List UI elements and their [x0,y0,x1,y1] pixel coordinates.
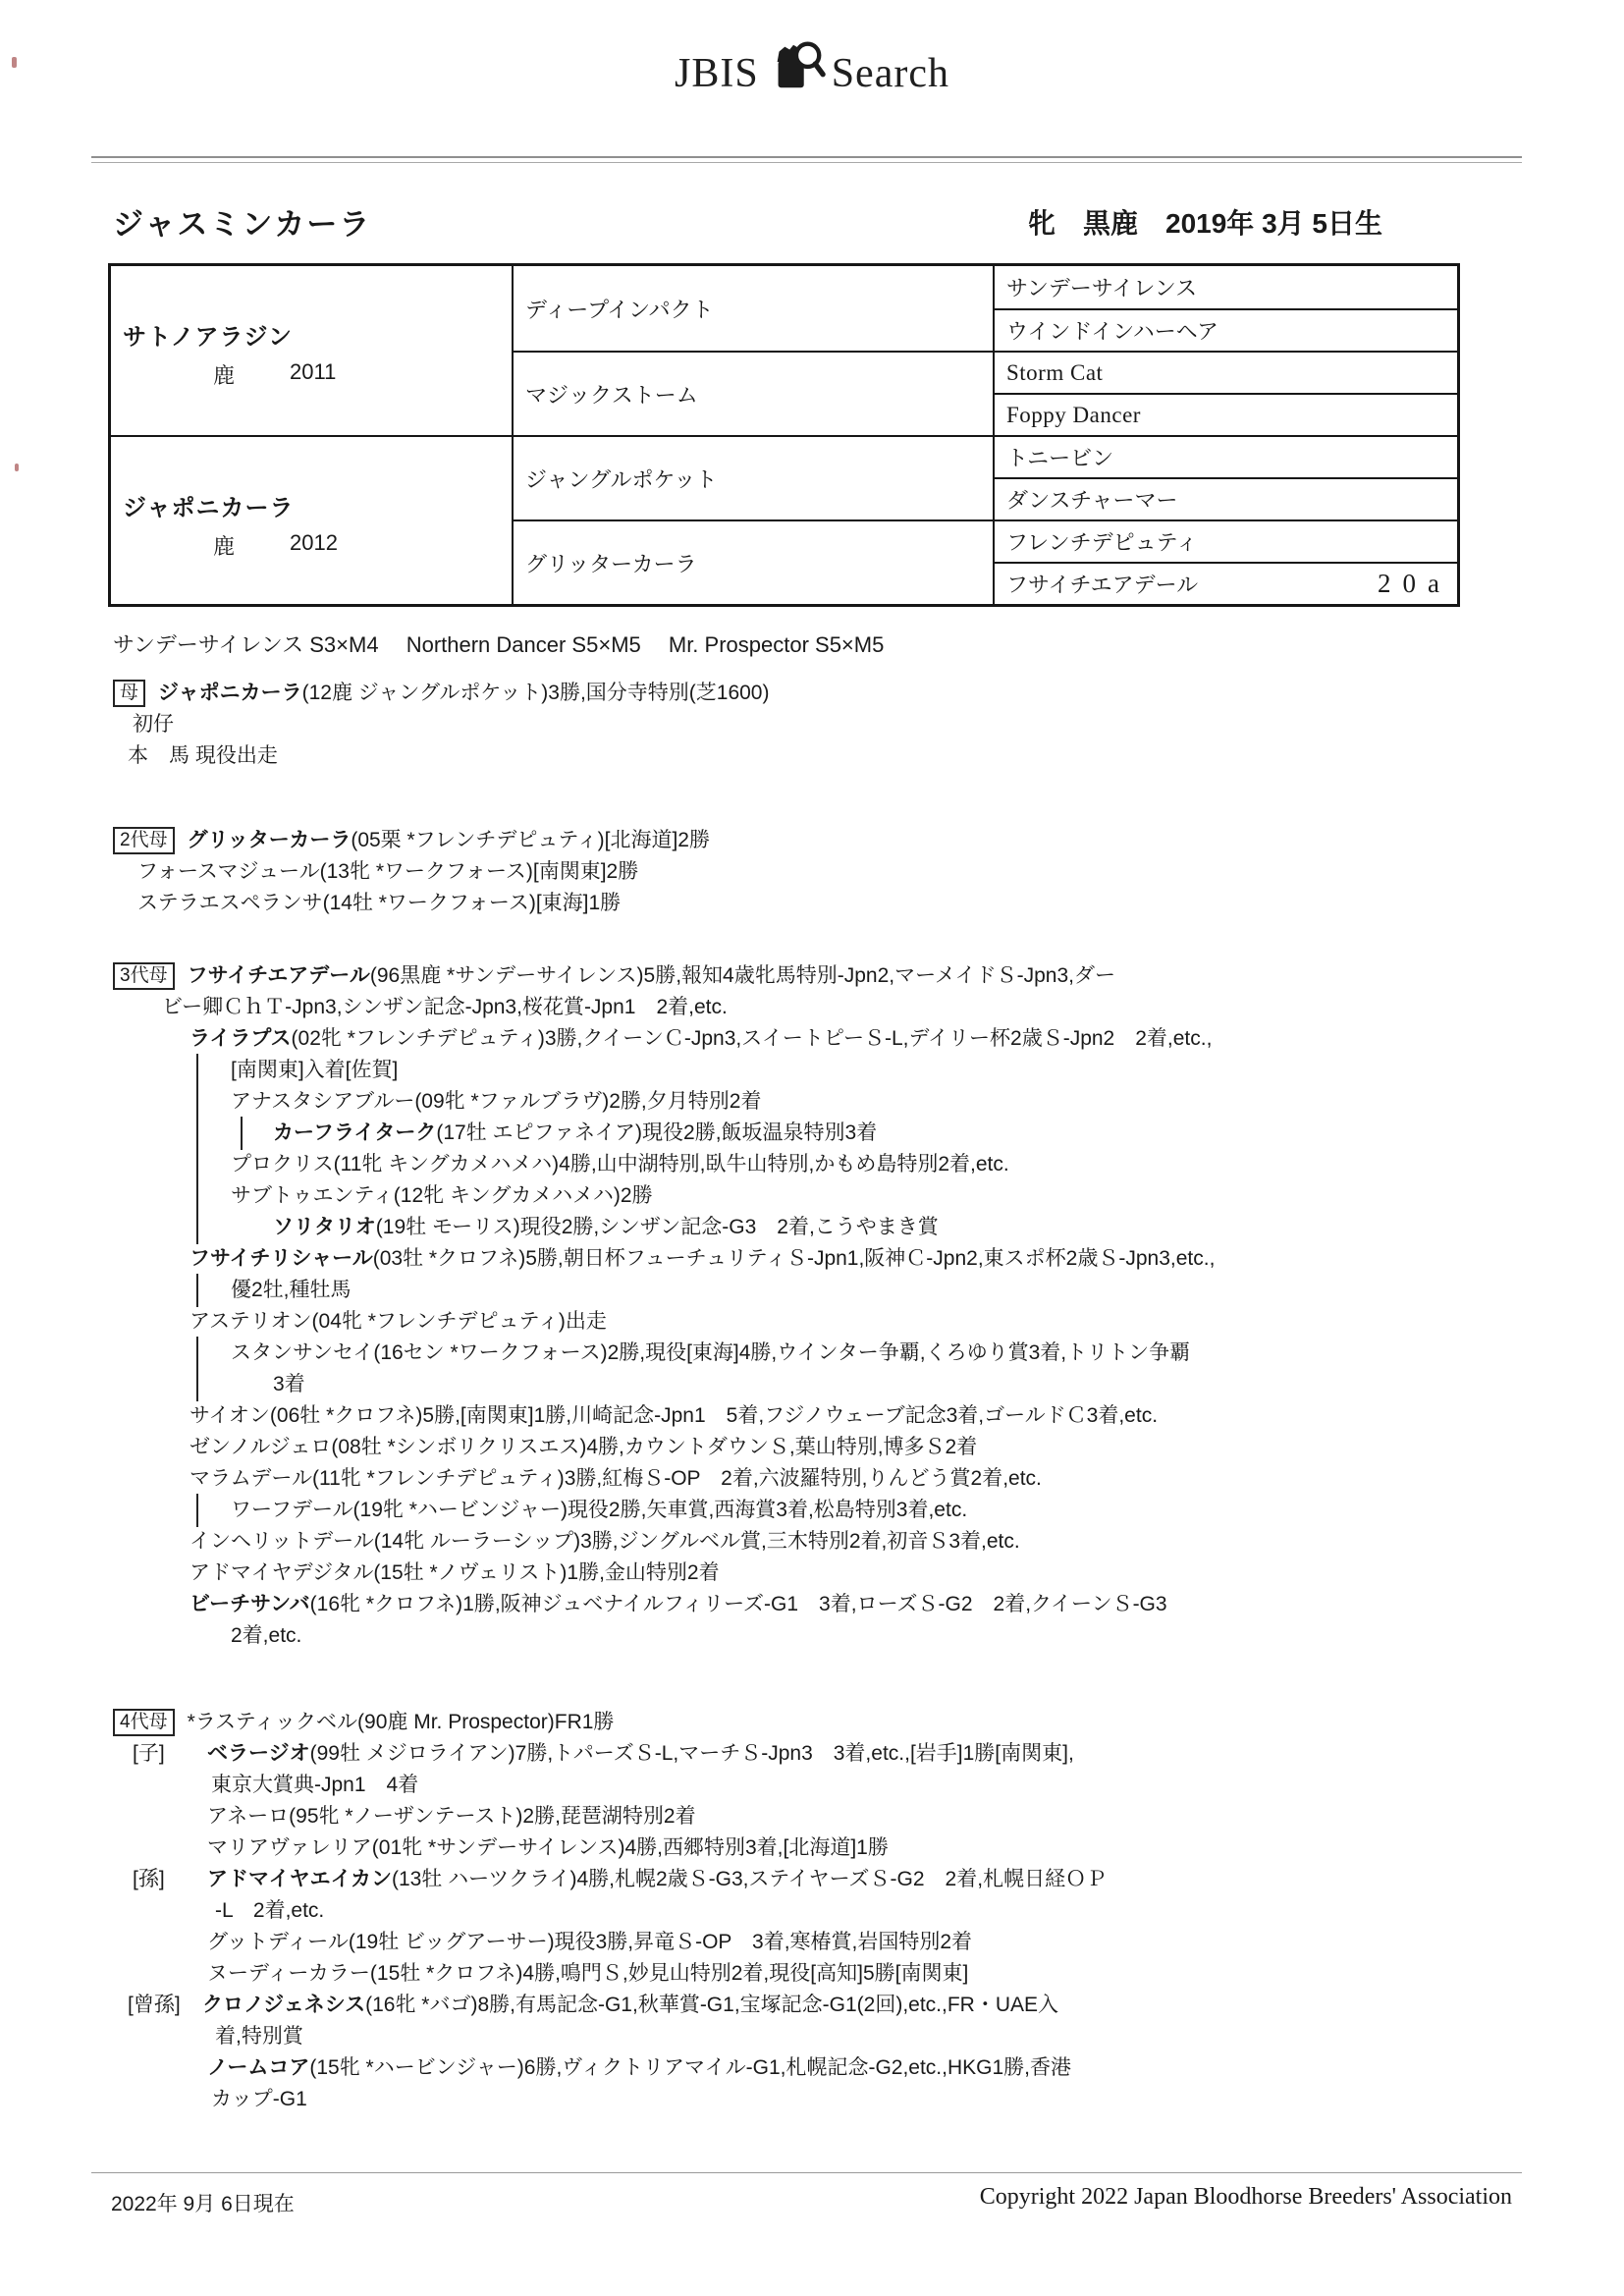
record-text: プロクリス(11牝 キングカメハメハ)4勝,山中湖特別,臥牛山特別,かもめ島特別… [231,1153,1009,1175]
great-grandsire-cell: トニービン [993,435,1457,477]
pedigree-line: フサイチリシャール(03牡 *クロフネ)5勝,朝日杯フューチュリティＳ-Jpn1… [113,1243,1527,1275]
dam-section: 母ジャポニカーラ(12鹿 ジャングルポケット)3勝,国分寺特別(芝1600)初仔… [113,678,1527,772]
inbreeding-line: サンデーサイレンス S3×M4 Northern Dancer S5×M5 Mr… [113,629,884,659]
pedigree-line: ステラエスペランサ(14牡 *ワークフォース)[東海]1勝 [113,888,1527,919]
record-text: アステリオン(04牝 *フレンチデピュティ)出走 [189,1310,607,1333]
record-text: -L 2着,etc. [215,1899,324,1922]
header-divider [91,156,1522,163]
pedigree-line: ライラプス(02牝 *フレンチデピュティ)3勝,クイーンＣ-Jpn3,スイートピ… [113,1023,1527,1055]
sire-dam-cell: マジックストーム [512,351,993,435]
record-text: インヘリットデール(14牝 ルーラーシップ)3勝,ジングルベル賞,三木特別2着,… [189,1530,1020,1553]
horse-name: ベラージオ [207,1742,310,1765]
pedigree-line: [曾孫]クロノジェネシス(16牝 *バゴ)8勝,有馬記念-G1,秋華賞-G1,宝… [113,1990,1527,2021]
second-dam-section: 2代母グリッターカーラ(05栗 *フレンチデピュティ)[北海道]2勝フォースマジ… [113,825,1527,919]
tree-connector-line [196,1211,198,1244]
generation-label: 4代母 [113,1709,175,1736]
pedigree-line: サブトゥエンティ(12牝 キングカメハメハ)2勝 [113,1180,1527,1212]
record-text: フォースマジュール(13牝 *ワークフォース)[南関東]2勝 [137,860,638,883]
relation-label: [子] [133,1738,207,1770]
record-text: (19牡 モーリス)現役2勝,シンザン記念-G3 2着,こうやまき賞 [376,1216,939,1238]
great-grandsire-cell: フレンチデピュティ [993,519,1457,562]
record-text: ヌーディーカラー(15牡 *クロフネ)4勝,鳴門Ｓ,妙見山特別2着,現役[高知]… [207,1962,968,1985]
generation-label: 3代母 [113,962,175,990]
pedigree-line: マリアヴァレリア(01牝 *サンデーサイレンス)4勝,西郷特別3着,[北海道]1… [113,1832,1527,1864]
pedigree-line: インヘリットデール(14牝 ルーラーシップ)3勝,ジングルベル賞,三木特別2着,… [113,1526,1527,1558]
dam-coat-year: 鹿 2012 [123,530,512,561]
pedigree-line: ビーチサンバ(16牝 *クロフネ)1勝,阪神ジュベナイルフィリーズ-G1 3着,… [113,1589,1527,1620]
record-text: ゼンノルジェロ(08牡 *シンボリクリスエス)4勝,カウントダウンＳ,葉山特別,… [189,1436,977,1458]
record-text: (16牝 *バゴ)8勝,有馬記念-G1,秋華賞-G1,宝塚記念-G1(2回),e… [365,1994,1058,2016]
great-granddam-cell: Foppy Dancer [993,393,1457,435]
horse-name: フサイチエアデール [188,964,370,987]
scan-artifact [15,464,19,471]
record-text: アネーロ(95牝 *ノーザンテースト)2勝,琵琶湖特別2着 [207,1805,696,1828]
pedigree-line: 本 馬 現役出走 [113,740,1527,772]
pedigree-line: ヌーディーカラー(15牡 *クロフネ)4勝,鳴門Ｓ,妙見山特別2着,現役[高知]… [113,1958,1527,1990]
tree-connector-line [196,1368,198,1401]
dam-name: ジャポニカーラ [123,488,512,522]
record-text: マリアヴァレリア(01牝 *サンデーサイレンス)4勝,西郷特別3着,[北海道]1… [207,1836,889,1859]
record-text: *ラスティックベル(90鹿 Mr. Prospector)FR1勝 [188,1711,615,1733]
pedigree-line: スタンサンセイ(16セン *ワークフォース)2勝,現役[東海]4勝,ウインター争… [113,1338,1527,1369]
record-text: (99牡 メジロライアン)7勝,トパーズＳ-L,マーチＳ-Jpn3 3着,etc… [310,1742,1074,1765]
horse-name: クロノジェネシス [202,1994,365,2016]
record-text: カップ-G1 [211,2088,307,2110]
horse-name: フサイチリシャール [189,1247,373,1270]
pedigree-line: 母ジャポニカーラ(12鹿 ジャングルポケット)3勝,国分寺特別(芝1600) [113,678,1527,709]
record-text: (02牝 *フレンチデピュティ)3勝,クイーンＣ-Jpn3,スイートピーＳ-L,… [292,1027,1213,1050]
sex-coat-birthdate: 牝 黒鹿 2019年 3月 5日生 [1028,202,1382,242]
record-text: 本 馬 現役出走 [128,744,278,767]
tree-connector-line [196,1274,198,1307]
dam-coat: 鹿 [213,530,235,561]
horse-name-title: ジャスミンカーラ [113,199,371,244]
record-text: 優2牡,種牡馬 [231,1279,352,1301]
pedigree-line: ワーフデール(19牝 *ハービンジャー)現役2勝,矢車賞,西海賞3着,松島特別3… [113,1495,1527,1526]
horse-name: ジャポニカーラ [158,682,302,704]
family-number: 20a [1378,569,1451,599]
great-granddam-cell: ウインドインハーヘア [993,308,1457,351]
record-text: (05栗 *フレンチデピュティ)[北海道]2勝 [351,829,710,851]
relation-label: [曾孫] [128,1990,202,2021]
tree-connector-line [241,1117,243,1150]
pedigree-line: 2着,etc. [113,1620,1527,1652]
record-text: アドマイヤデジタル(15牡 *ノヴェリスト)1勝,金山特別2着 [189,1561,720,1584]
dam-sire-cell: ジャングルポケット [512,435,993,519]
horse-name: ソリタリオ [273,1216,376,1238]
dam-year: 2012 [290,530,338,561]
record-text: (96黒鹿 *サンデーサイレンス)5勝,報知4歳牝馬特別-Jpn2,マーメイドＳ… [370,964,1115,987]
pedigree-line: -L 2着,etc. [113,1895,1527,1927]
record-text: 2着,etc. [231,1624,301,1647]
pedigree-line: [南関東]入着[佐賀] [113,1055,1527,1086]
pedigree-line: 着,特別賞 [113,2021,1527,2052]
pedigree-line: 4代母*ラスティックベル(90鹿 Mr. Prospector)FR1勝 [113,1707,1527,1738]
pedigree-line: 優2牡,種牡馬 [113,1275,1527,1306]
pedigree-report-page: JBIS Search ジャスミンカーラ 牝 黒鹿 2019年 3月 5日生 サ… [0,0,1624,2296]
tree-connector-line [196,1117,198,1150]
record-text: サイオン(06牡 *クロフネ)5勝,[南関東]1勝,川崎記念-Jpn1 5着,フ… [189,1404,1158,1427]
pedigree-table: サトノアラジン 鹿 2011 ジャポニカーラ 鹿 2012 ディープインパクト … [108,263,1460,607]
pedigree-line: アステリオン(04牝 *フレンチデピュティ)出走 [113,1306,1527,1338]
pedigree-notes: 母ジャポニカーラ(12鹿 ジャングルポケット)3勝,国分寺特別(芝1600)初仔… [113,678,1527,2115]
dam-dam-cell: グリッターカーラ [512,519,993,604]
sire-cell: サトノアラジン 鹿 2011 [111,266,512,435]
pedigree-line: [子]ベラージオ(99牡 メジロライアン)7勝,トパーズＳ-L,マーチＳ-Jpn… [113,1738,1527,1770]
pedigree-line: カーフライターク(17牡 エピファネイア)現役2勝,飯坂温泉特別3着 [113,1118,1527,1149]
record-text: (13牡 ハーツクライ)4勝,札幌2歳Ｓ-G3,ステイヤーズＳ-G2 2着,札幌… [392,1868,1107,1890]
sire-year: 2011 [290,359,336,390]
horse-name: グリッターカーラ [188,829,352,851]
record-text: マラムデール(11牝 *フレンチデピュティ)3勝,紅梅Ｓ-OP 2着,六波羅特別… [189,1467,1042,1490]
great-grandsire-cell: Storm Cat [993,351,1457,393]
sire-coat: 鹿 [213,359,235,390]
tree-connector-line [196,1179,198,1213]
record-text: スタンサンセイ(16セン *ワークフォース)2勝,現役[東海]4勝,ウインター争… [231,1341,1190,1364]
record-text: (17牡 エピファネイア)現役2勝,飯坂温泉特別3着 [436,1121,877,1144]
scan-artifact [12,57,17,68]
pedigree-line: プロクリス(11牝 キングカメハメハ)4勝,山中湖特別,臥牛山特別,かもめ島特別… [113,1149,1527,1180]
sire-sire-cell: ディープインパクト [512,266,993,351]
horse-magnifier-icon [765,35,826,96]
record-text: (12鹿 ジャングルポケット)3勝,国分寺特別(芝1600) [302,682,770,704]
record-text: 東京大賞典-Jpn1 4着 [211,1774,418,1796]
pedigree-line: マラムデール(11牝 *フレンチデピュティ)3勝,紅梅Ｓ-OP 2着,六波羅特別… [113,1463,1527,1495]
sire-name: サトノアラジン [123,317,512,352]
record-text: サブトゥエンティ(12牝 キングカメハメハ)2勝 [231,1184,653,1207]
pedigree-line: サイオン(06牡 *クロフネ)5勝,[南関東]1勝,川崎記念-Jpn1 5着,フ… [113,1400,1527,1432]
jbis-search-logo: JBIS Search [0,35,1624,94]
generation-label: 母 [113,680,145,707]
pedigree-line: アナスタシアブルー(09牝 *ファルブラヴ)2勝,夕月特別2着 [113,1086,1527,1118]
pedigree-line: 2代母グリッターカーラ(05栗 *フレンチデピュティ)[北海道]2勝 [113,825,1527,856]
great-granddam-name: フサイチエアデール [1006,569,1198,599]
jbis-logo-text: JBIS [675,53,759,94]
pedigree-line: ビー卿ＣｈＴ-Jpn3,シンザン記念-Jpn3,桜花賞-Jpn1 2着,etc. [113,992,1527,1023]
record-text: ステラエスペランサ(14牡 *ワークフォース)[東海]1勝 [137,892,621,914]
record-text: (16牝 *クロフネ)1勝,阪神ジュベナイルフィリーズ-G1 3着,ローズＳ-G… [310,1593,1167,1615]
pedigree-line: グットディール(19牡 ビッグアーサー)現役3勝,昇竜Ｓ-OP 3着,寒椿賞,岩… [113,1927,1527,1958]
pedigree-line: 3代母フサイチエアデール(96黒鹿 *サンデーサイレンス)5勝,報知4歳牝馬特別… [113,960,1527,992]
pedigree-line: ゼンノルジェロ(08牡 *シンボリクリスエス)4勝,カウントダウンＳ,葉山特別,… [113,1432,1527,1463]
great-granddam-cell: フサイチエアデール 20a [993,562,1457,604]
horse-name: カーフライターク [273,1121,436,1144]
horse-name: ライラプス [189,1027,292,1050]
record-text: ビー卿ＣｈＴ-Jpn3,シンザン記念-Jpn3,桜花賞-Jpn1 2着,etc. [162,996,728,1018]
tree-connector-line [196,1148,198,1181]
record-text: 着,特別賞 [215,2025,303,2048]
record-text: アナスタシアブルー(09牝 *ファルブラヴ)2勝,夕月特別2着 [231,1090,761,1113]
horse-name: ノームコア [207,2056,309,2079]
third-dam-section: 3代母フサイチエアデール(96黒鹿 *サンデーサイレンス)5勝,報知4歳牝馬特別… [113,960,1527,1652]
search-logo-text: Search [832,53,949,94]
great-grandsire-cell: サンデーサイレンス [993,266,1457,308]
tree-connector-line [196,1337,198,1370]
tree-connector-line [196,1054,198,1087]
pedigree-line: ソリタリオ(19牡 モーリス)現役2勝,シンザン記念-G3 2着,こうやまき賞 [113,1212,1527,1243]
pedigree-line: アネーロ(95牝 *ノーザンテースト)2勝,琵琶湖特別2着 [113,1801,1527,1832]
copyright-text: Copyright 2022 Japan Bloodhorse Breeders… [980,2184,1512,2211]
pedigree-line: フォースマジュール(13牝 *ワークフォース)[南関東]2勝 [113,856,1527,888]
horse-name: ビーチサンバ [189,1593,310,1615]
pedigree-line: 初仔 [113,709,1527,740]
pedigree-line: アドマイヤデジタル(15牡 *ノヴェリスト)1勝,金山特別2着 [113,1558,1527,1589]
pedigree-line: カップ-G1 [113,2084,1527,2115]
sire-coat-year: 鹿 2011 [123,359,512,390]
pedigree-line: 3着 [113,1369,1527,1400]
record-text: [南関東]入着[佐賀] [231,1059,398,1081]
footer-divider [91,2172,1522,2173]
pedigree-line: [孫]アドマイヤエイカン(13牡 ハーツクライ)4勝,札幌2歳Ｓ-G3,ステイヤ… [113,1864,1527,1895]
great-granddam-cell: ダンスチャーマー [993,477,1457,519]
relation-label: [孫] [133,1864,207,1895]
fourth-dam-section: 4代母*ラスティックベル(90鹿 Mr. Prospector)FR1勝[子]ベ… [113,1707,1527,2115]
record-text: 3着 [273,1373,305,1395]
tree-connector-line [196,1085,198,1119]
generation-label: 2代母 [113,827,175,854]
dam-cell: ジャポニカーラ 鹿 2012 [111,435,512,604]
record-text: グットディール(19牡 ビッグアーサー)現役3勝,昇竜Ｓ-OP 3着,寒椿賞,岩… [207,1931,972,1953]
record-text: (15牝 *ハービンジャー)6勝,ヴィクトリアマイル-G1,札幌記念-G2,et… [309,2056,1071,2079]
pedigree-line: 東京大賞典-Jpn1 4着 [113,1770,1527,1801]
record-text: 初仔 [133,713,174,736]
tree-connector-line [196,1494,198,1527]
horse-name: アドマイヤエイカン [207,1868,392,1890]
report-date: 2022年 9月 6日現在 [111,2188,295,2217]
pedigree-line: ノームコア(15牝 *ハービンジャー)6勝,ヴィクトリアマイル-G1,札幌記念-… [113,2052,1527,2084]
record-text: ワーフデール(19牝 *ハービンジャー)現役2勝,矢車賞,西海賞3着,松島特別3… [231,1499,967,1521]
record-text: (03牡 *クロフネ)5勝,朝日杯フューチュリティＳ-Jpn1,阪神Ｃ-Jpn2… [373,1247,1216,1270]
